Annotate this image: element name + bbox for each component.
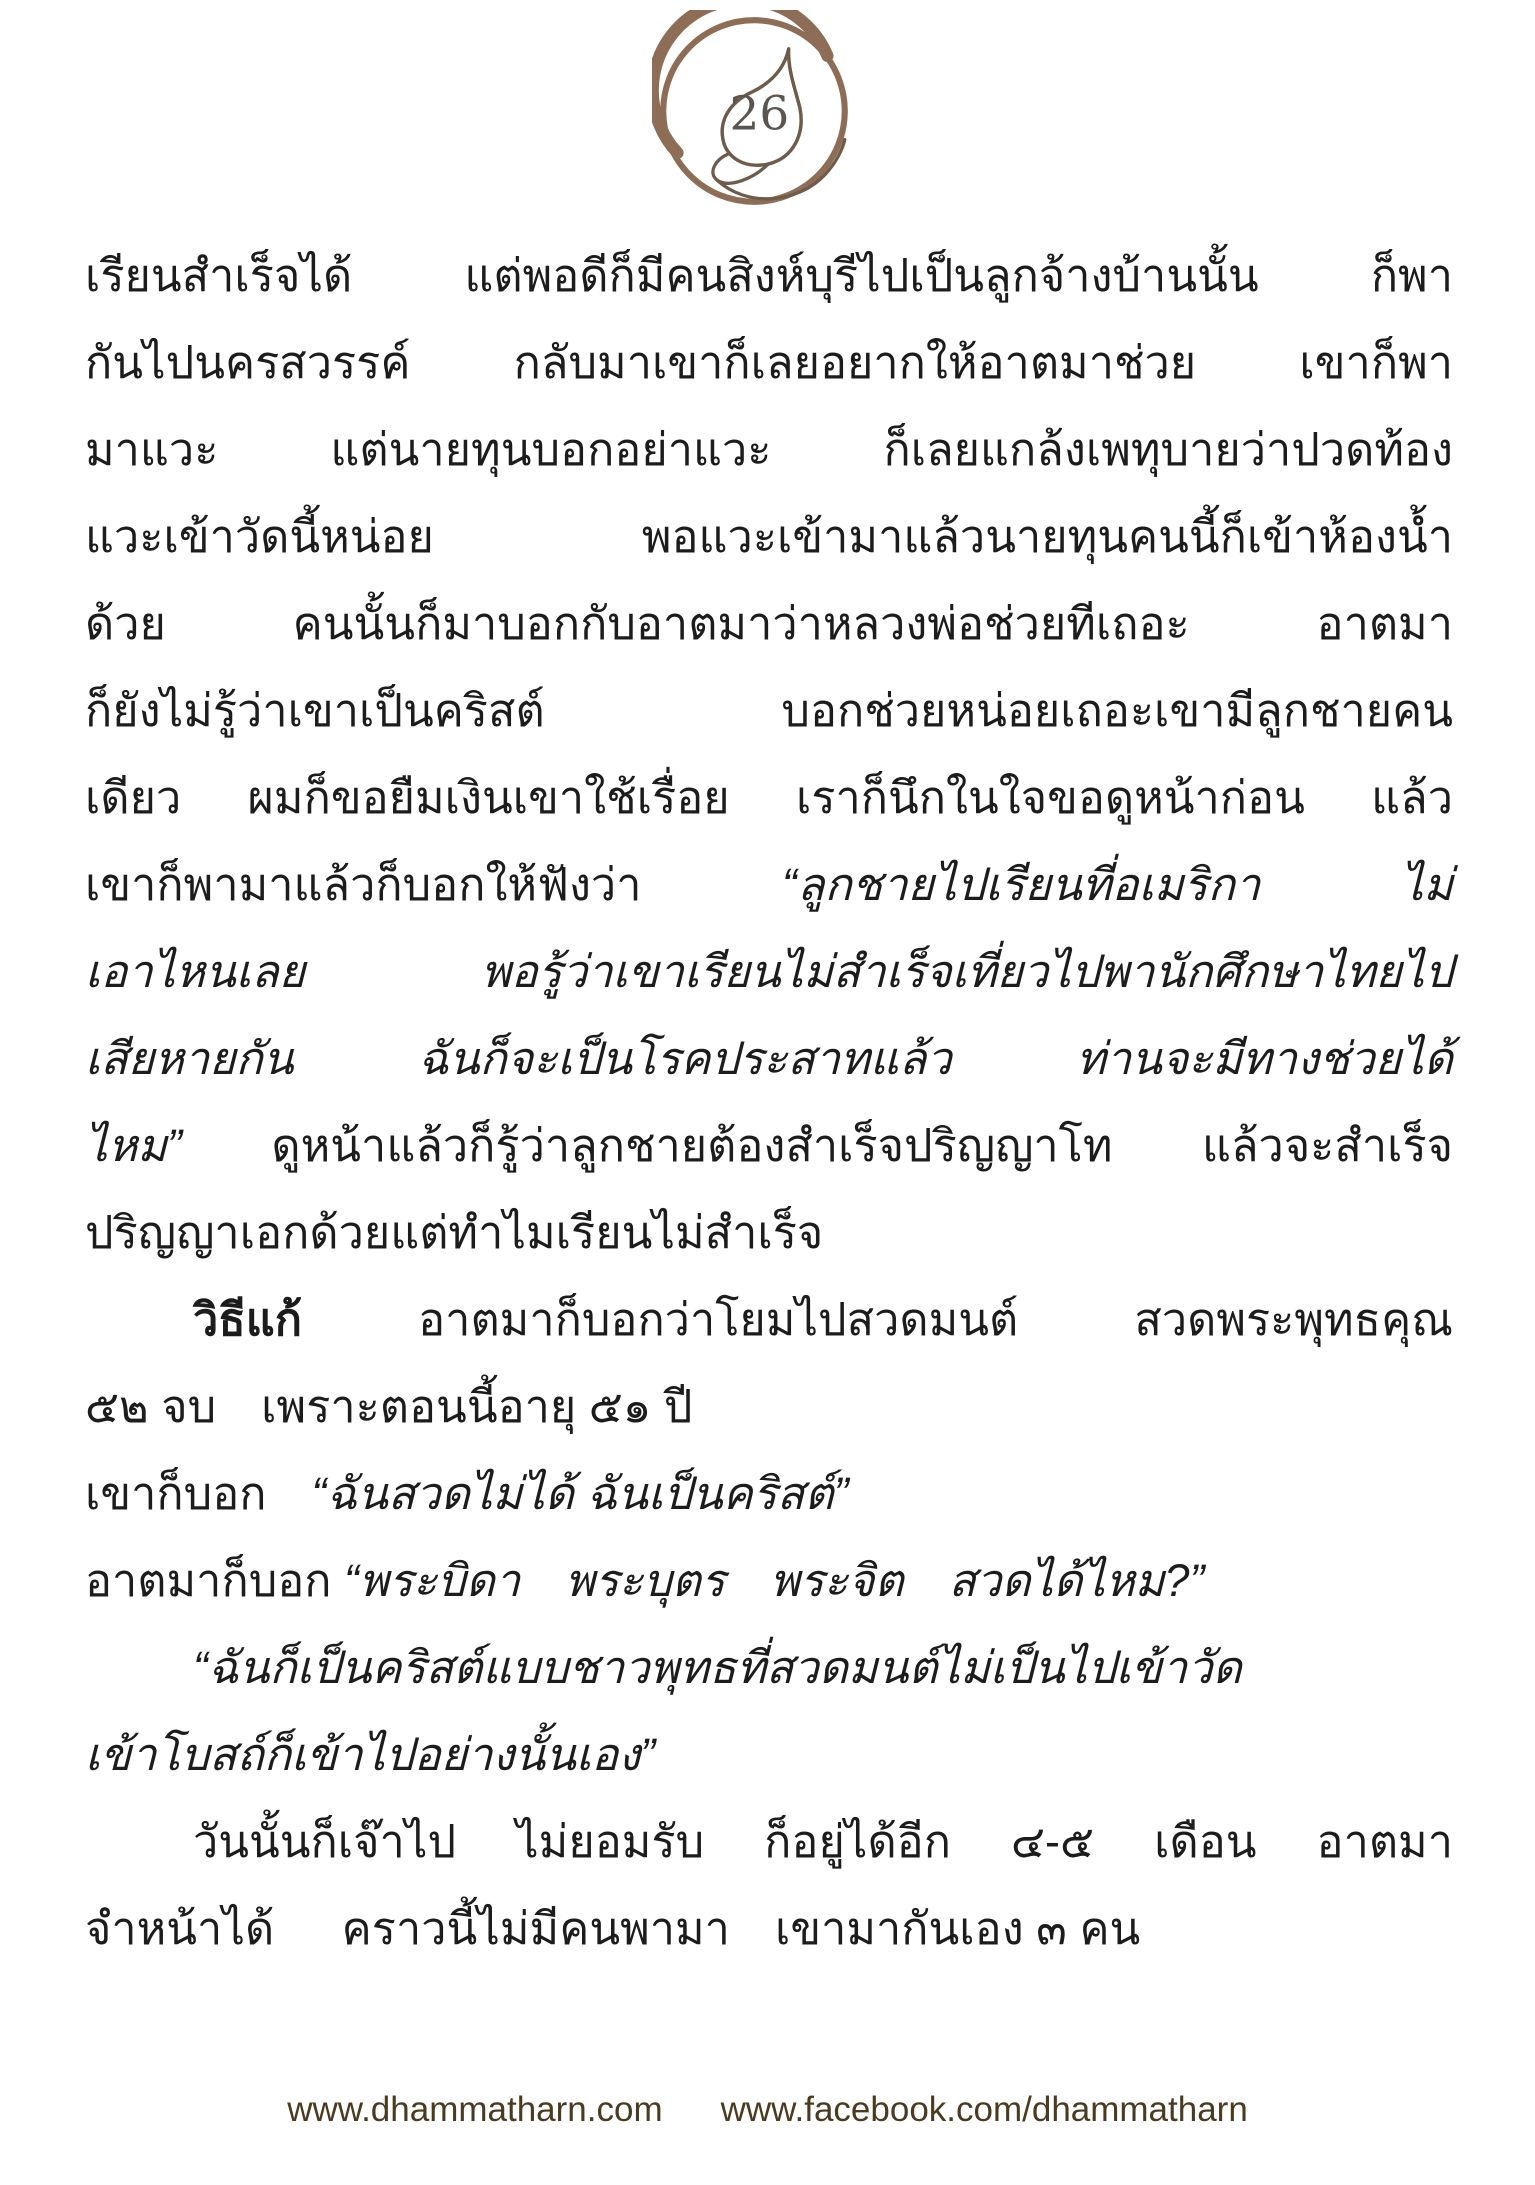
footer: www.dhammatharn.com www.facebook.com/dha… bbox=[0, 2090, 1535, 2130]
quote-segment: “พระบิดา พระบุตร พระจิต สวดได้ไหม?” bbox=[344, 1555, 1204, 1606]
text-line: เรียนสำเร็จได้ แต่พอดีก็มีคนสิงห์บุรีไปเ… bbox=[85, 232, 1453, 319]
text-segment: วันนั้นก็เจ๊าไป ไม่ยอมรับ ก็อยู่ได้อีก ๔… bbox=[193, 1816, 1453, 1867]
text-line: “ฉันก็เป็นคริสต์แบบชาวพุทธที่สวดมนต์ไม่เ… bbox=[85, 1624, 1453, 1711]
quote-segment: เสียหายกัน ฉันก็จะเป็นโรคประสาทแล้ว ท่าน… bbox=[85, 1033, 1453, 1084]
text-line: มาแวะ แต่นายทุนบอกอย่าแวะ ก็เลยแกล้งเพทุ… bbox=[85, 406, 1453, 493]
text-line: เขาก็บอก “ฉันสวดไม่ได้ ฉันเป็นคริสต์” bbox=[85, 1450, 1453, 1537]
text-line: กันไปนครสวรรค์ กลับมาเขาก็เลยอยากให้อาตม… bbox=[85, 319, 1453, 406]
text-line: วันนั้นก็เจ๊าไป ไม่ยอมรับ ก็อยู่ได้อีก ๔… bbox=[85, 1798, 1453, 1885]
text-segment: เรียนสำเร็จได้ แต่พอดีก็มีคนสิงห์บุรีไปเ… bbox=[85, 250, 1453, 301]
text-segment: เขาก็พามาแล้วก็บอกให้ฟังว่า bbox=[85, 859, 782, 910]
text-segment: เดียว ผมก็ขอยืมเงินเขาใช้เรื่อย เราก็นึก… bbox=[85, 772, 1453, 823]
text-segment: จำหน้าได้ คราวนี้ไม่มีคนพามา เขามากันเอง… bbox=[85, 1903, 1140, 1954]
heading-segment: วิธีแก้ bbox=[193, 1294, 302, 1345]
text-line: ปริญญาเอกด้วยแต่ทำไมเรียนไม่สำเร็จ bbox=[85, 1189, 1453, 1276]
page-number-badge: 26 bbox=[652, 10, 856, 214]
website-link[interactable]: www.dhammatharn.com bbox=[287, 2090, 662, 2130]
quote-segment: ไหม” bbox=[85, 1120, 271, 1171]
quote-segment: “ฉันสวดไม่ได้ ฉันเป็นคริสต์” bbox=[312, 1468, 849, 1519]
text-segment: เขาก็บอก bbox=[85, 1468, 312, 1519]
text-segment: ด้วย คนนั้นก็มาบอกกับอาตมาว่าหลวงพ่อช่วย… bbox=[85, 598, 1453, 649]
page-number: 26 bbox=[730, 86, 790, 141]
text-line: จำหน้าได้ คราวนี้ไม่มีคนพามา เขามากันเอง… bbox=[85, 1885, 1453, 1972]
book-page: 26 เรียนสำเร็จได้ แต่พอดีก็มีคนสิงห์บุรี… bbox=[0, 0, 1535, 2185]
text-segment: ดูหน้าแล้วก็รู้ว่าลูกชายต้องสำเร็จปริญญา… bbox=[271, 1120, 1453, 1171]
text-segment: อาตมาก็บอก bbox=[85, 1555, 344, 1606]
text-line: วิธีแก้ อาตมาก็บอกว่าโยมไปสวดมนต์ สวดพระ… bbox=[85, 1276, 1453, 1363]
text-segment: แวะเข้าวัดนี้หน่อย พอแวะเข้ามาแล้วนายทุน… bbox=[85, 511, 1453, 562]
quote-segment: “ลูกชายไปเรียนที่อเมริกา ไม่ bbox=[782, 859, 1453, 910]
text-segment: ๕๒ จบ เพราะตอนนี้อายุ ๕๑ ปี bbox=[85, 1381, 692, 1432]
text-line: แวะเข้าวัดนี้หน่อย พอแวะเข้ามาแล้วนายทุน… bbox=[85, 493, 1453, 580]
quote-segment: เอาไหนเลย พอรู้ว่าเขาเรียนไม่สำเร็จเที่ย… bbox=[85, 946, 1453, 997]
text-segment: กันไปนครสวรรค์ กลับมาเขาก็เลยอยากให้อาตม… bbox=[85, 337, 1453, 388]
text-line: เข้าโบสถ์ก็เข้าไปอย่างนั้นเอง” bbox=[85, 1711, 1453, 1798]
body-text: เรียนสำเร็จได้ แต่พอดีก็มีคนสิงห์บุรีไปเ… bbox=[85, 232, 1453, 1972]
quote-segment: เข้าโบสถ์ก็เข้าไปอย่างนั้นเอง” bbox=[85, 1729, 655, 1780]
text-line: ๕๒ จบ เพราะตอนนี้อายุ ๕๑ ปี bbox=[85, 1363, 1453, 1450]
text-line: เอาไหนเลย พอรู้ว่าเขาเรียนไม่สำเร็จเที่ย… bbox=[85, 928, 1453, 1015]
text-segment: ปริญญาเอกด้วยแต่ทำไมเรียนไม่สำเร็จ bbox=[85, 1207, 823, 1258]
facebook-link[interactable]: www.facebook.com/dhammatharn bbox=[721, 2090, 1248, 2130]
text-line: เขาก็พามาแล้วก็บอกให้ฟังว่า “ลูกชายไปเรี… bbox=[85, 841, 1453, 928]
text-line: เดียว ผมก็ขอยืมเงินเขาใช้เรื่อย เราก็นึก… bbox=[85, 754, 1453, 841]
text-line: อาตมาก็บอก “พระบิดา พระบุตร พระจิต สวดได… bbox=[85, 1537, 1453, 1624]
text-segment: มาแวะ แต่นายทุนบอกอย่าแวะ ก็เลยแกล้งเพทุ… bbox=[85, 424, 1453, 475]
text-segment: ก็ยังไม่รู้ว่าเขาเป็นคริสต์ บอกช่วยหน่อย… bbox=[85, 685, 1453, 736]
text-line: ไหม” ดูหน้าแล้วก็รู้ว่าลูกชายต้องสำเร็จป… bbox=[85, 1102, 1453, 1189]
text-line: ก็ยังไม่รู้ว่าเขาเป็นคริสต์ บอกช่วยหน่อย… bbox=[85, 667, 1453, 754]
text-line: เสียหายกัน ฉันก็จะเป็นโรคประสาทแล้ว ท่าน… bbox=[85, 1015, 1453, 1102]
quote-segment: “ฉันก็เป็นคริสต์แบบชาวพุทธที่สวดมนต์ไม่เ… bbox=[193, 1642, 1242, 1693]
leaf-drop-icon: 26 bbox=[652, 10, 856, 214]
text-line: ด้วย คนนั้นก็มาบอกกับอาตมาว่าหลวงพ่อช่วย… bbox=[85, 580, 1453, 667]
text-segment: อาตมาก็บอกว่าโยมไปสวดมนต์ สวดพระพุทธคุณ bbox=[302, 1294, 1453, 1345]
